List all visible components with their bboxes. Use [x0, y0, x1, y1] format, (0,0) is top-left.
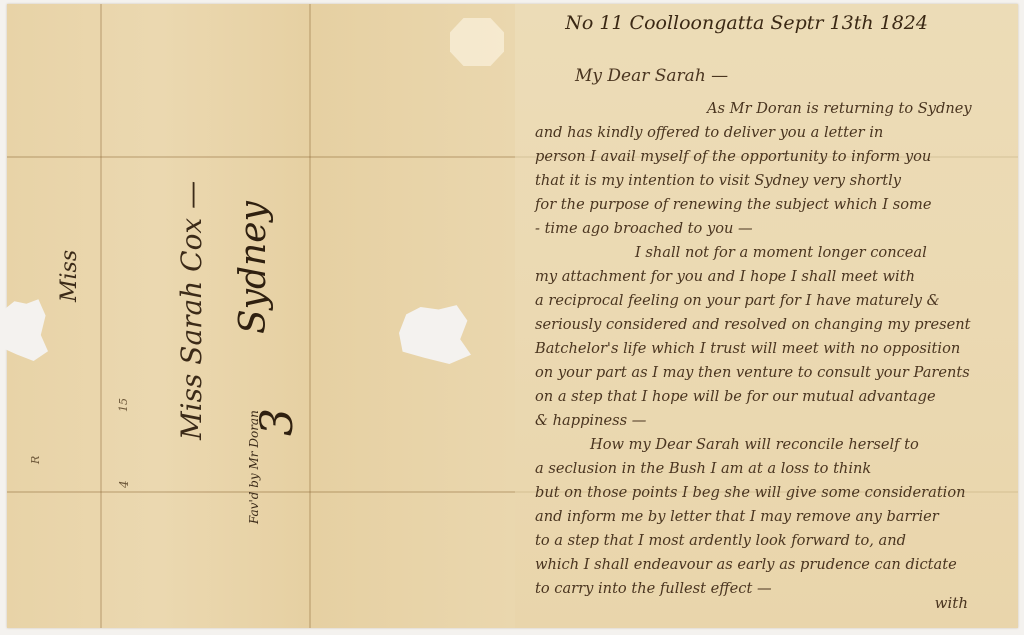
letter-line: a seclusion in the Bush I am at a loss t…: [535, 460, 871, 477]
letter-line: I shall not for a moment longer conceal: [635, 244, 927, 261]
letter-line: seriously considered and resolved on cha…: [535, 316, 971, 333]
recipient-name: Miss Sarah Cox —: [175, 181, 208, 440]
letter-line: a reciprocal feeling on your part for I …: [535, 292, 940, 309]
letter-line: & happiness —: [535, 412, 646, 429]
wax-seal-mark: [450, 18, 504, 66]
letter-line: my attachment for you and I hope I shall…: [535, 268, 915, 285]
letter-line: to carry into the fullest effect —: [535, 580, 772, 597]
letter-line: person I avail myself of the opportunity…: [535, 148, 931, 165]
marginalia-note: 4: [117, 480, 131, 488]
letter-line: and has kindly offered to deliver you a …: [535, 124, 883, 141]
torn-hole: [0, 296, 48, 361]
marginalia-note: R: [29, 456, 42, 464]
address-panel: Miss Miss Sarah Cox — Sydney 3 Fav'd by …: [7, 4, 515, 628]
letter-sheet: Miss Miss Sarah Cox — Sydney 3 Fav'd by …: [7, 4, 1018, 628]
letter-line: to a step that I most ardently look forw…: [535, 532, 906, 549]
letter-page: No 11 Coolloongatta Septr 13th 1824 My D…: [515, 4, 1018, 628]
letter-line: on your part as I may then venture to co…: [535, 364, 970, 381]
letter-line: that it is my intention to visit Sydney …: [535, 172, 901, 189]
catchword: with: [935, 594, 968, 612]
fold-line: [100, 4, 102, 628]
fold-line: [7, 156, 515, 158]
destination-city: Sydney: [233, 201, 274, 334]
letter-heading: No 11 Coolloongatta Septr 13th 1824: [565, 12, 928, 34]
letter-line: As Mr Doran is returning to Sydney: [707, 100, 972, 117]
letter-line: on a step that I hope will be for our mu…: [535, 388, 936, 405]
letter-line: and inform me by letter that I may remov…: [535, 508, 939, 525]
fold-line: [7, 491, 515, 493]
address-prefix: Miss: [57, 250, 82, 302]
fold-line: [309, 4, 311, 628]
letter-line: but on those points I beg she will give …: [535, 484, 966, 501]
letter-line: which I shall endeavour as early as prud…: [535, 556, 957, 573]
letter-line: for the purpose of renewing the subject …: [535, 196, 932, 213]
torn-hole: [399, 302, 471, 364]
letter-line: Batchelor's life which I trust will meet…: [535, 340, 960, 357]
letter-line: - time ago broached to you —: [535, 220, 753, 237]
salutation: My Dear Sarah —: [575, 66, 728, 86]
letter-line: How my Dear Sarah will reconcile herself…: [590, 436, 919, 453]
carrier-note: Fav'd by Mr Doran: [247, 410, 261, 524]
marginalia-note: 15: [117, 398, 130, 412]
